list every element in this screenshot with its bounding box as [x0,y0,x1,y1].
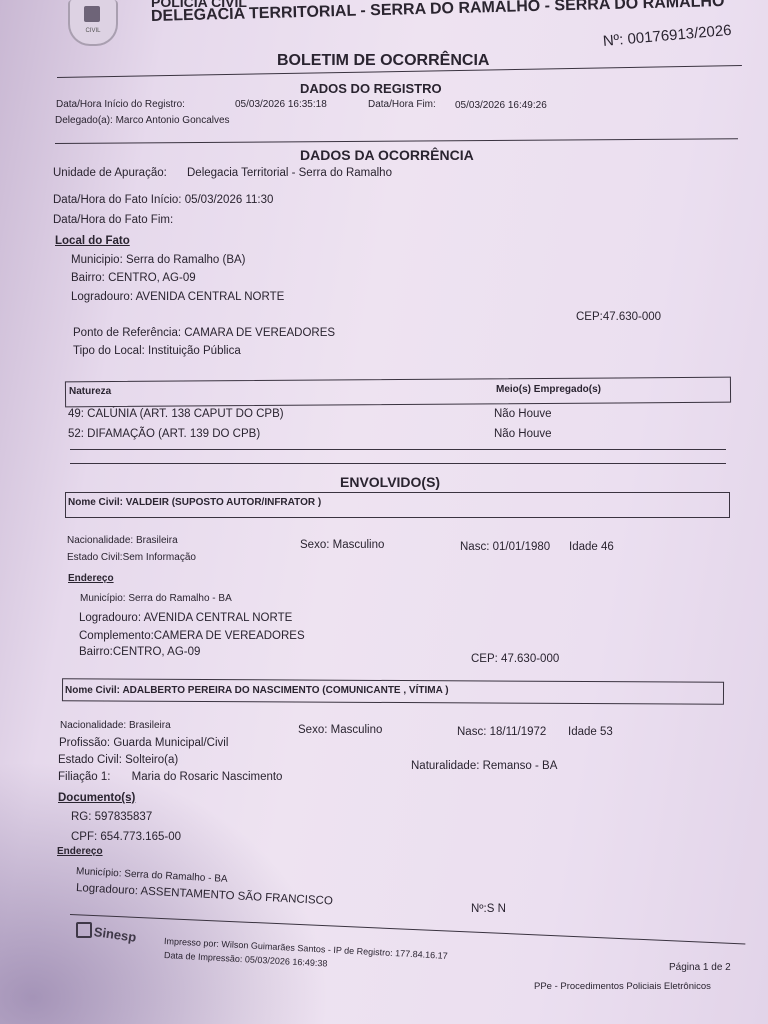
referencia-value: CAMARA DE VEREADORES [184,327,335,339]
fato-inicio-value: 05/03/2026 11:30 [185,194,274,206]
local-municipio-value: Serra do Ramalho (BA) [126,254,246,266]
profissao-label: Profissão: [59,737,110,749]
document-number: Nº: 00176913/2026 [602,22,732,50]
filiacao-value: Maria do Rosaric Nascimento [132,771,283,783]
document-title: BOLETIM DE OCORRÊNCIA [277,52,489,70]
person-2-naturalidade: Naturalidade: Remanso - BA [411,760,557,772]
nome-label: Nome Civil: [65,685,120,696]
person-1-logradouro: Logradouro: AVENIDA CENTRAL NORTE [79,612,292,624]
natureza-row-0: 49: CALÚNIA (ART. 138 CAPUT DO CPB) [68,408,284,420]
sexo-label: Sexo: [298,724,327,736]
natureza-row-1: 52: DIFAMAÇÃO (ART. 139 DO CPB) [68,428,260,440]
logradouro-label: Logradouro: [79,612,141,624]
sexo-value: Masculino [331,724,383,736]
person-2-rg: RG: 597835837 [71,811,152,823]
estado-civil-value: Solteiro(a) [125,754,178,766]
municipio-label: Município: [76,866,122,879]
col-meio: Meio(s) Empregado(s) [496,384,601,395]
person-2-cpf: CPF: 654.773.165-00 [71,831,181,843]
impresso-label: Impresso por: [164,936,219,949]
logradouro-value: AVENIDA CENTRAL NORTE [144,612,293,624]
logradouro-value: ASSENTAMENTO SÃO FRANCISCO [140,885,333,907]
person-1-municipio: Município: Serra do Ramalho - BA [80,593,232,604]
local-tipo: Tipo do Local: Instituição Pública [73,345,241,357]
document-number-label: Nº: [602,31,624,50]
person-2-name: Nome Civil: ADALBERTO PEREIRA DO NASCIME… [65,685,449,696]
nasc-value: 18/11/1972 [490,726,547,738]
local-referencia: Ponto de Referência: CAMARA DE VEREADORE… [73,327,335,339]
nacionalidade-value: Brasileira [129,720,171,731]
cep-label: CEP: [471,653,498,665]
local-logradouro: Logradouro: AVENIDA CENTRAL NORTE [71,291,284,303]
bairro-value: CENTRO, AG-09 [113,646,201,658]
person-2-nasc: Nasc: 18/11/1972 [457,726,546,738]
estado-civil-label: Estado Civil: [67,552,123,563]
local-logradouro-label: Logradouro: [71,291,133,303]
sinesp-logo: Sinesp [93,924,137,945]
person-2-logradouro: Logradouro: ASSENTAMENTO SÃO FRANCISCO [76,882,333,907]
fato-fim-label: Data/Hora do Fato Fim: [53,214,173,226]
sexo-value: Masculino [333,539,385,551]
logradouro-label: Logradouro: [76,882,139,897]
person-2-numero: Nº:S N [471,903,506,915]
envolvidos-heading: ENVOLVIDO(S) [340,474,440,490]
person-1-name: Nome Civil: VALDEIR (SUPOSTO AUTOR/INFRA… [68,497,321,508]
crest-label: CIVIL [70,28,116,34]
meio-row-1: Não Houve [494,428,552,440]
tipo-label: Tipo do Local: [73,345,145,357]
idade-label: Idade [569,541,598,553]
nome-value: ADALBERTO PEREIRA DO NASCIMENTO (COMUNIC… [122,685,448,696]
natureza-table-header [65,377,731,408]
nacionalidade-label: Nacionalidade: [67,535,133,546]
ocorrencia-heading: DADOS DA OCORRÊNCIA [300,147,474,163]
filiacao-label: Filiação 1: [58,771,110,783]
data-impressao-label: Data de Impressão: [164,950,243,964]
divider [70,449,726,450]
idade-value: 53 [600,726,613,738]
complemento-label: Complemento: [79,630,154,642]
registro-inicio-value: 05/03/2026 16:35:18 [235,99,327,110]
local-logradouro-value: AVENIDA CENTRAL NORTE [136,291,285,303]
person-2-estado-civil: Estado Civil: Solteiro(a) [58,754,178,766]
cpf-label: CPF: [71,831,97,843]
unidade-label: Unidade de Apuração: [53,167,167,179]
person-1-estado-civil: Estado Civil:Sem Informação [67,552,196,563]
person-2-filiacao: Filiação 1: Maria do Rosaric Nascimento [58,771,282,783]
sinesp-logo-icon [76,922,92,938]
person-2-idade: Idade 53 [568,726,613,738]
person-2-sexo: Sexo: Masculino [298,724,382,736]
registro-heading: DADOS DO REGISTRO [300,81,442,96]
police-crest-logo: CIVIL [68,0,118,46]
estado-civil-label: Estado Civil: [58,754,122,766]
idade-value: 46 [601,541,614,553]
nome-value: VALDEIR (SUPOSTO AUTOR/INFRATOR ) [126,497,321,508]
nacionalidade-value: Brasileira [136,535,178,546]
local-cep-value: 47.630-000 [603,311,661,323]
fato-inicio-field: Data/Hora do Fato Início: 05/03/2026 11:… [53,194,273,206]
unidade-value: Delegacia Territorial - Serra do Ramalho [187,167,392,179]
person-1-idade: Idade 46 [569,541,614,553]
document-number-value: 00176913/2026 [627,22,732,48]
tipo-value: Instituição Pública [148,345,241,357]
numero-label: Nº: [471,903,487,915]
municipio-value: Serra do Ramalho - BA [124,869,228,885]
estado-civil-value: Sem Informação [123,552,196,563]
fato-inicio-label: Data/Hora do Fato Início: [53,194,181,206]
rg-value: 597835837 [95,811,153,823]
local-heading: Local do Fato [55,235,130,247]
registro-fim-value: 05/03/2026 16:49:26 [455,100,547,111]
sexo-label: Sexo: [300,539,329,551]
municipio-label: Município: [80,593,126,604]
bairro-label: Bairro: [79,646,113,658]
local-cep-label: CEP: [576,311,603,323]
local-bairro-label: Bairro: [71,272,105,284]
referencia-label: Ponto de Referência: [73,327,181,339]
nome-label: Nome Civil: [68,497,123,508]
person-1-endereco-heading: Endereço [68,573,114,584]
numero-value: S N [487,903,506,915]
local-municipio: Municipio: Serra do Ramalho (BA) [71,254,246,266]
crest-emblem-icon [84,6,100,22]
rg-label: RG: [71,811,91,823]
person-2-nacionalidade: Nacionalidade: Brasileira [60,720,171,731]
naturalidade-value: Remanso - BA [483,760,558,772]
person-1-bairro: Bairro:CENTRO, AG-09 [79,646,200,658]
nasc-label: Nasc: [460,541,489,553]
cpf-value: 654.773.165-00 [100,831,181,843]
naturalidade-label: Naturalidade: [411,760,479,772]
person-2-documentos-heading: Documento(s) [58,792,135,804]
person-2-municipio: Município: Serra do Ramalho - BA [76,866,228,885]
delegado-value: Marco Antonio Goncalves [116,115,230,126]
local-municipio-label: Municipio: [71,254,123,266]
nasc-value: 01/01/1980 [493,541,551,553]
meio-row-0: Não Houve [494,408,552,420]
cep-value: 47.630-000 [501,653,559,665]
person-1-nacionalidade: Nacionalidade: Brasileira [67,535,178,546]
registro-fim-label: Data/Hora Fim: [368,99,436,110]
divider [55,138,738,144]
local-bairro: Bairro: CENTRO, AG-09 [71,272,196,284]
municipio-value: Serra do Ramalho - BA [128,593,231,604]
complemento-value: CAMERA DE VEREADORES [154,630,305,642]
person-2-endereco-heading: Endereço [57,846,103,857]
person-1-cep: CEP: 47.630-000 [471,653,559,665]
nasc-label: Nasc: [457,726,486,738]
divider [70,463,726,464]
system-name: PPe - Procedimentos Policiais Eletrônico… [534,981,711,992]
person-1-nasc: Nasc: 01/01/1980 [460,541,550,553]
nacionalidade-label: Nacionalidade: [60,720,126,731]
page-number: Página 1 de 2 [669,962,731,973]
data-impressao-value: 05/03/2026 16:49:38 [245,954,328,968]
local-bairro-value: CENTRO, AG-09 [108,272,196,284]
col-natureza: Natureza [69,386,111,397]
registro-inicio-label: Data/Hora Início do Registro: [56,99,185,110]
idade-label: Idade [568,726,597,738]
person-1-complemento: Complemento:CAMERA DE VEREADORES [79,630,305,642]
person-2-profissao: Profissão: Guarda Municipal/Civil [59,737,228,749]
profissao-value: Guarda Municipal/Civil [113,737,228,749]
person-1-sexo: Sexo: Masculino [300,539,384,551]
local-cep: CEP:47.630-000 [576,311,661,323]
delegado-label: Delegado(a): [55,115,113,126]
delegado-field: Delegado(a): Marco Antonio Goncalves [55,115,230,126]
